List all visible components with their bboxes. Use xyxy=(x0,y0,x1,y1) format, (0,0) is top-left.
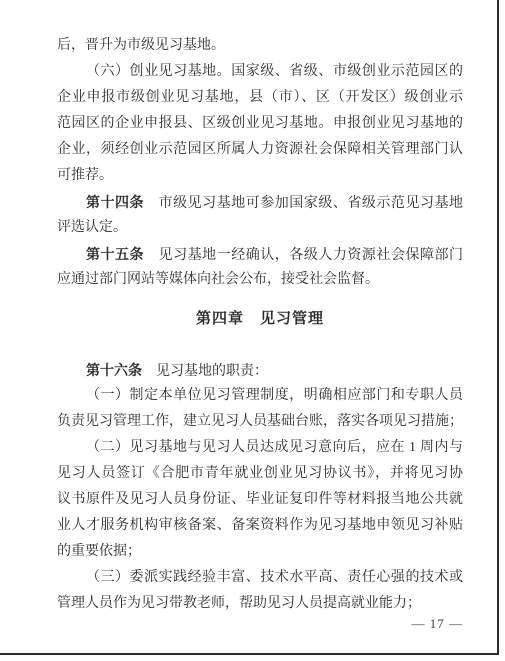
text-line: 管理人员作为见习带教老师，帮助见习人员提高就业能力； xyxy=(57,591,463,617)
text-line: 企业申报市级创业见习基地，县（市）、区（开发区）级创业示 xyxy=(57,85,463,111)
text-line: （三）委派实践经验丰富、技术水平高、责任心强的技术或 xyxy=(57,565,463,591)
article-number: 第十五条 xyxy=(86,246,144,262)
text-line: 后，晋升为市级见习基地。 xyxy=(57,33,463,59)
text-line: 见习人员签订《合肥市青年就业创业见习协议书》，并将见习协 xyxy=(57,461,463,487)
article-text: 见习基地的职责： xyxy=(142,364,268,379)
article-text: 见习基地一经确认，各级人力资源社会保障部门 xyxy=(144,248,463,263)
document-page: 后，晋升为市级见习基地。 （六）创业见习基地。国家级、省级、市级创业示范园区的 … xyxy=(0,0,505,661)
text-line: 应通过部门网站等媒体向社会公布，接受社会监督。 xyxy=(57,267,463,293)
article-number: 第十四条 xyxy=(86,194,144,210)
text-line: 企业，须经创业示范园区所属人力资源社会保障相关管理部门认 xyxy=(57,137,463,163)
page-edge-right-line xyxy=(497,0,499,655)
text-line: （六）创业见习基地。国家级、省级、市级创业示范园区的 xyxy=(57,59,463,85)
text-line: 可推荐。 xyxy=(57,163,463,189)
document-body: 后，晋升为市级见习基地。 （六）创业见习基地。国家级、省级、市级创业示范园区的 … xyxy=(0,0,505,637)
text-line: 第十五条 见习基地一经确认，各级人力资源社会保障部门 xyxy=(57,241,463,267)
text-line: 范园区的企业申报县、区级创业见习基地。申报创业见习基地的 xyxy=(57,111,463,137)
text-line: 负责见习管理工作，建立见习人员基础台账，落实各项见习措施； xyxy=(57,409,463,435)
text-line: 议书原件及见习人员身份证、毕业证复印件等材料报当地公共就 xyxy=(57,487,463,513)
article-text: 市级见习基地可参加国家级、省级示范见习基地 xyxy=(144,196,463,211)
text-line: （二）见习基地与见习人员达成见习意向后，应在 1 周内与 xyxy=(57,435,463,461)
text-line: 第十四条 市级见习基地可参加国家级、省级示范见习基地 xyxy=(57,189,463,215)
chapter-heading: 第四章 见习管理 xyxy=(57,306,463,332)
page-edge-bottom-line xyxy=(0,653,499,655)
text-line: 评选认定。 xyxy=(57,215,463,241)
text-line: 业人才服务机构审核备案、备案资料作为见习基地申领见习补贴 xyxy=(57,513,463,539)
article-number: 第十六条 xyxy=(86,362,142,378)
text-line: （一）制定本单位见习管理制度，明确相应部门和专职人员 xyxy=(57,383,463,409)
text-line: 第十六条 见习基地的职责： xyxy=(57,357,463,383)
text-line: 的重要依据； xyxy=(57,539,463,565)
